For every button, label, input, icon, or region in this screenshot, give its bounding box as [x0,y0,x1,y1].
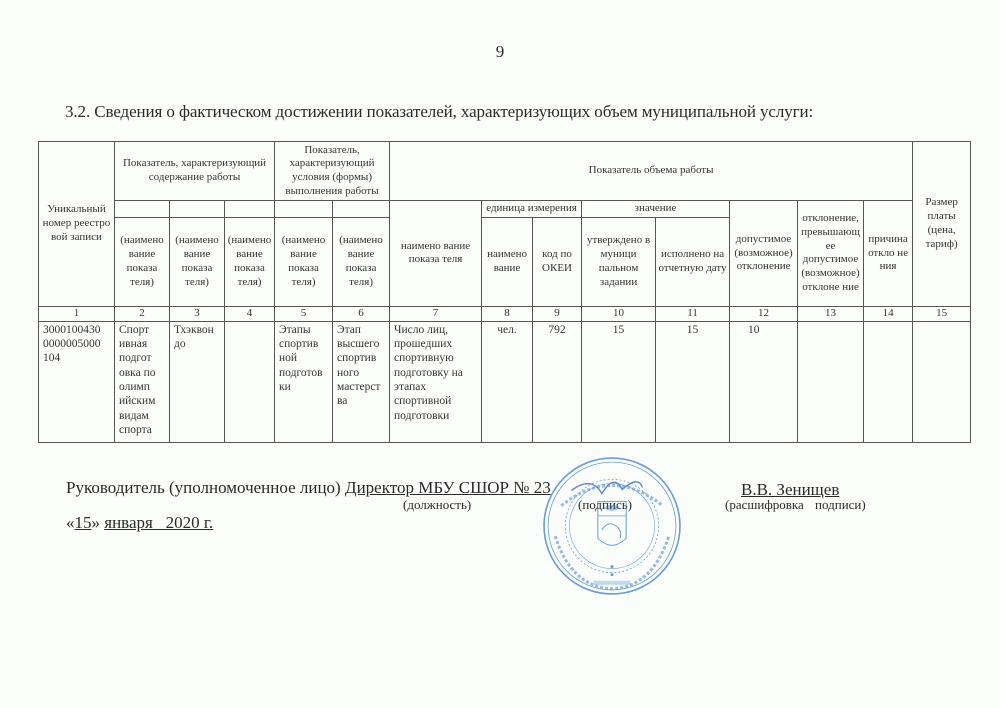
header-unit-name: наимено вание [482,217,533,306]
column-number: 2 [115,306,170,321]
date-line: «15» января 2020 г. [66,513,213,533]
column-numbers-row: 1 2 3 4 5 6 7 8 9 10 11 12 13 14 15 [39,306,971,321]
cell-unit-name: чел. [482,321,533,442]
table-row: 3000100430 0000005000 104 Спорт ивная по… [39,321,971,442]
column-number: 15 [913,306,971,321]
header-empty [275,201,333,218]
signature-line: Руководитель (уполномоченное лицо) Дирек… [66,478,551,498]
cell-condition-1: Этапы спортив ной подготов ки [275,321,333,442]
column-number: 7 [390,306,482,321]
date-month-year: января 2020 г. [104,513,213,532]
cell-approved: 15 [582,321,656,442]
cell-condition-2: Этап высшего спортив ного мастерст ва [333,321,390,442]
header-fulfilled: исполнено на отчетную дату [656,217,730,306]
header-empty [333,201,390,218]
header-content-indicator: Показатель, характеризующий содержание р… [115,142,275,201]
cell-content-2: Тхэквон до [170,321,225,442]
column-number: 10 [582,306,656,321]
section-title: 3.2. Сведения о фактическом достижении п… [65,102,813,122]
header-approved: утверждено в муници пальном задании [582,217,656,306]
cell-content-1: Спорт ивная подгот овка по олимп ийским … [115,321,170,442]
cell-indicator-name: Число лиц, прошедших спортивную подготов… [390,321,482,442]
header-content-name-1: (наимено вание показа теля) [115,217,170,306]
header-content-name-3: (наимено вание показа теля) [225,217,275,306]
official-stamp-icon [541,455,683,597]
date-open-quote: « [66,513,75,532]
header-condition-name-2: (наимено вание показа теля) [333,217,390,306]
column-number: 6 [333,306,390,321]
header-content-name-2: (наимено вание показа теля) [170,217,225,306]
header-deviation-reason: причина откло не ния [864,201,913,307]
header-registry-number: Уникальный номер реестро вой записи [39,142,115,307]
header-conditions-indicator: Показатель, характеризующий условия (фор… [275,142,390,201]
position-caption: (должность) [403,497,471,513]
header-empty [170,201,225,218]
column-number: 11 [656,306,730,321]
header-value: значение [582,201,730,218]
column-number: 9 [533,306,582,321]
cell-okei-code: 792 [533,321,582,442]
column-number: 5 [275,306,333,321]
header-empty [225,201,275,218]
cell-exceeding-deviation [798,321,864,442]
column-number: 4 [225,306,275,321]
cell-deviation-reason [864,321,913,442]
header-empty [115,201,170,218]
header-condition-name-1: (наимено вание показа теля) [275,217,333,306]
date-close-quote: » [92,513,101,532]
position-value: Директор МБУ СШОР № 23 [345,478,551,497]
column-number: 3 [170,306,225,321]
header-indicator-name: наимено вание показа теля [390,201,482,307]
page-number: 9 [0,42,1000,62]
date-day: 15 [75,513,92,532]
cell-fulfilled: 15 [656,321,730,442]
cell-fee [913,321,971,442]
name-caption: (расшифровка подписи) [725,497,866,513]
column-number: 12 [730,306,798,321]
column-number: 1 [39,306,115,321]
cell-allowed-deviation: 10 [730,321,798,442]
header-okei-code: код по ОКЕИ [533,217,582,306]
cell-content-3 [225,321,275,442]
cell-registry-number: 3000100430 0000005000 104 [39,321,115,442]
role-label: Руководитель (уполномоченное лицо) [66,478,341,497]
column-number: 14 [864,306,913,321]
header-volume-indicator: Показатель объема работы [390,142,913,201]
header-exceeding-deviation: отклонение, превышающ ее допустимое (воз… [798,201,864,307]
volume-indicators-table: Уникальный номер реестро вой записи Пока… [38,141,971,443]
header-fee: Размер платы (цена, тариф) [913,142,971,307]
column-number: 13 [798,306,864,321]
header-allowed-deviation: допустимое (возможное) отклонение [730,201,798,307]
column-number: 8 [482,306,533,321]
header-unit: единица измерения [482,201,582,218]
